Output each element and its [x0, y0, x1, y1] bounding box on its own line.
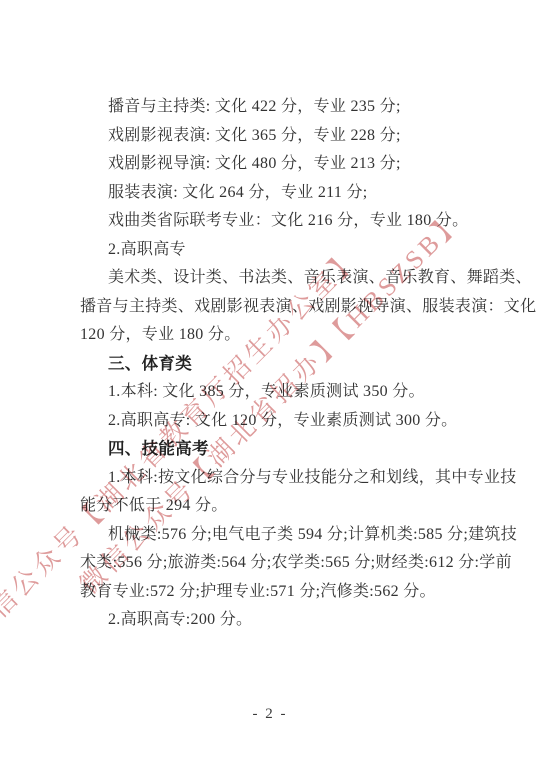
text-line: 播音与主持类: 文化 422 分，专业 235 分;	[80, 93, 464, 122]
section-heading-sports: 三、体育类	[80, 350, 464, 379]
text-line: 机械类:576 分;电气电子类 594 分;计算机类:585 分;建筑技	[80, 521, 464, 550]
text-line: 2.高职高专: 文化 120 分，专业素质测试 300 分。	[80, 407, 464, 436]
text-line: 1.本科:按文化综合分与专业技能分之和划线，其中专业技	[80, 464, 464, 493]
section-heading-skills-exam: 四、技能高考	[80, 435, 464, 464]
text-line: 120 分，专业 180 分。	[80, 321, 464, 350]
document-text-block: 播音与主持类: 文化 422 分，专业 235 分; 戏剧影视表演: 文化 36…	[80, 93, 464, 635]
text-line: 美术类、设计类、书法类、音乐表演、音乐教育、舞蹈类、	[80, 264, 464, 293]
text-line: 服装表演: 文化 264 分，专业 211 分;	[80, 179, 464, 208]
text-line: 1.本科: 文化 385 分，专业素质测试 350 分。	[80, 378, 464, 407]
text-line: 术类:556 分;旅游类:564 分;农学类:565 分;财经类:612 分:学…	[80, 549, 464, 578]
text-line: 戏剧影视导演: 文化 480 分，专业 213 分;	[80, 150, 464, 179]
text-line: 戏曲类省际联考专业：文化 216 分，专业 180 分。	[80, 207, 464, 236]
text-line: 2.高职高专:200 分。	[80, 606, 464, 635]
text-line: 2.高职高专	[80, 236, 464, 265]
page-number: - 2 -	[0, 706, 540, 723]
text-line: 能分不低于 294 分。	[80, 492, 464, 521]
document-page: 播音与主持类: 文化 422 分，专业 235 分; 戏剧影视表演: 文化 36…	[0, 0, 540, 763]
text-line: 教育专业:572 分;护理专业:571 分;汽修类:562 分。	[80, 578, 464, 607]
text-line: 戏剧影视表演: 文化 365 分，专业 228 分;	[80, 122, 464, 151]
text-line: 播音与主持类、戏剧影视表演、戏剧影视导演、服装表演：文化	[80, 293, 464, 322]
